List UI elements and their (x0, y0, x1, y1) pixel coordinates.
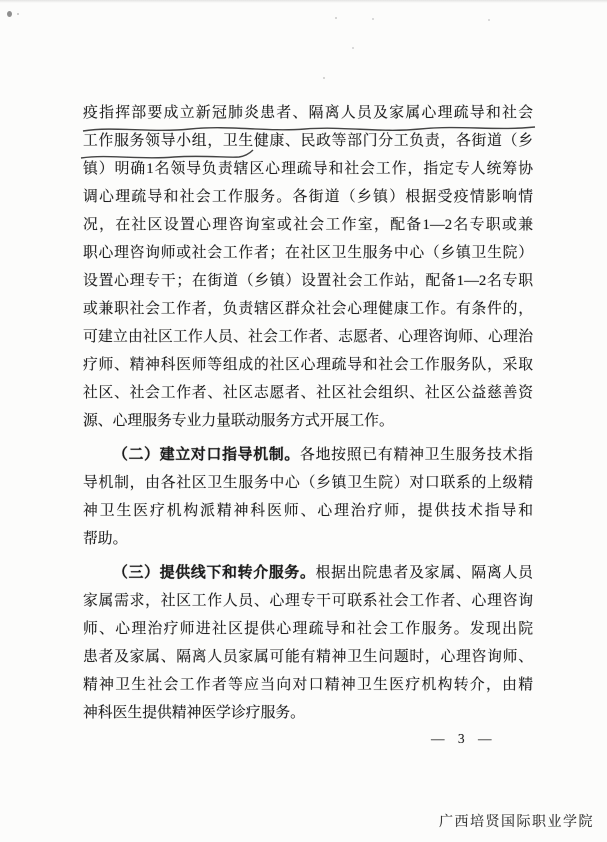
text-line: 疫指挥部要成立新冠肺炎患者、隔离人员及家属心理疏导和社会 (83, 99, 533, 127)
scan-artifact (17, 13, 19, 15)
text-line: 源、心理服务专业力量联动服务方式开展工作。 (83, 407, 533, 435)
paragraph: （三）提供线下和转介服务。根据出院患者及家属、隔离人员家属需求，社区工作人员、心… (83, 559, 533, 727)
text-line: 家属需求，社区工作人员、心理专干可联系社会工作者、心理咨询 (83, 587, 533, 615)
body-text: 疫指挥部要成立新冠肺炎患者、隔离人员及家属心理疏导和社会工作服务领导小组，卫生健… (83, 99, 533, 727)
text-line: 神卫生医疗机构派精神科医师、心理治疗师，提供技术指导和 (83, 497, 533, 525)
text-line: 神科医生提供精神医学诊疗服务。 (83, 699, 533, 727)
text-line: （三）提供线下和转介服务。根据出院患者及家属、隔离人员 (83, 559, 533, 587)
scan-edge-artifact (0, 0, 607, 3)
paragraph: 疫指挥部要成立新冠肺炎患者、隔离人员及家属心理疏导和社会工作服务领导小组，卫生健… (83, 99, 533, 435)
text-run: 各地按照已有精神卫生服务技术指 (300, 447, 533, 463)
subsection-heading: （三）提供线下和转介服务。 (113, 565, 316, 581)
page-number: — 3 — (431, 731, 497, 747)
scan-artifact (335, 17, 337, 19)
institution-stamp: 广西培贤国际职业学院 (439, 811, 594, 831)
text-line: 帮助。 (83, 525, 533, 553)
text-line: 调心理疏导和社会工作服务。各街道（乡镇）根据受疫情影响情 (83, 183, 533, 211)
text-line: 患者及家属、隔离人员家属可能有精神卫生问题时，心理咨询师、 (83, 643, 533, 671)
text-line: （二）建立对口指导机制。各地按照已有精神卫生服务技术指 (83, 441, 533, 469)
scanned-page: 疫指挥部要成立新冠肺炎患者、隔离人员及家属心理疏导和社会工作服务领导小组，卫生健… (0, 0, 607, 842)
text-line: 况，在社区设置心理咨询室或社会工作室，配备1—2名专职或兼 (83, 211, 533, 239)
subsection-heading: （二）建立对口指导机制。 (113, 447, 300, 463)
text-line: 设置心理专干；在街道（乡镇）设置社会工作站，配备1—2名专职 (83, 267, 533, 295)
scan-artifact (352, 47, 354, 49)
text-line: 或兼职社会工作者，负责辖区群众社会心理健康工作。有条件的， (83, 295, 533, 323)
text-line: 工作服务领导小组，卫生健康、民政等部门分工负责，各街道（乡 (83, 127, 533, 155)
text-line: 可建立由社区工作人员、社会工作者、志愿者、心理咨询师、心理治 (83, 323, 533, 351)
text-line: 精神卫生社会工作者等应当向对口精神卫生医疗机构转介，由精 (83, 671, 533, 699)
scan-artifact (7, 11, 12, 17)
text-line: 社区、社会工作者、社区志愿者、社区社会组织、社区公益慈善资 (83, 379, 533, 407)
text-line: 师、心理治疗师进社区提供心理疏导和社会工作服务。发现出院 (83, 615, 533, 643)
text-line: 镇）明确1名领导负责辖区心理疏导和社会工作，指定专人统筹协 (83, 155, 533, 183)
text-line: 疗师、精神科医师等组成的社区心理疏导和社会工作服务队，采取 (83, 351, 533, 379)
scan-artifact (323, 77, 325, 79)
scan-artifact (488, 19, 490, 21)
scan-artifact (372, 18, 374, 20)
text-line: 导机制，由各社区卫生服务中心（乡镇卫生院）对口联系的上级精 (83, 469, 533, 497)
paragraph: （二）建立对口指导机制。各地按照已有精神卫生服务技术指导机制，由各社区卫生服务中… (83, 441, 533, 553)
text-line: 职心理咨询师或社会工作者；在社区卫生服务中心（乡镇卫生院） (83, 239, 533, 267)
text-run: 根据出院患者及家属、隔离人员 (316, 565, 533, 581)
